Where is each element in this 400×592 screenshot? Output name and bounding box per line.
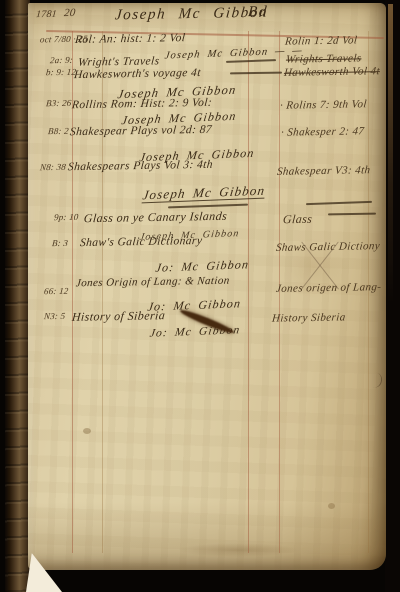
entry-note: · Rolins 7: 9th Vol	[279, 99, 367, 112]
entry-note: History Siberia	[271, 312, 346, 324]
borrower-name: Jo: Mc Gibbon	[155, 258, 250, 274]
entry-note: Shakespear V3: 4th	[276, 165, 370, 178]
header-page-no: 20	[64, 8, 76, 19]
entry-margin: 2a: 9:	[50, 56, 74, 65]
header-borrower: Joseph Mc Gibbon	[114, 6, 268, 24]
entry-margin: N3: 5	[44, 312, 66, 321]
entry-margin: 66: 12	[44, 287, 69, 296]
pen-stroke	[306, 201, 372, 205]
entry-margin: b: 9: 12	[46, 68, 77, 78]
entry-title: Rol: An: hist: 1: 2 Vol	[74, 33, 185, 46]
entry-note: · Shakesper 2: 47	[280, 126, 364, 138]
entry-title: Jones Origin of Lang: & Nation	[75, 276, 230, 290]
borrower-name-overwritten: Joseph Mc Gibbon	[139, 229, 240, 243]
paper-spot	[328, 503, 335, 509]
entry-title: History of Siberia	[71, 309, 165, 323]
entry-note-struck: Hawkesworth Vol 4t	[283, 66, 380, 79]
entry-note: Glass	[282, 213, 312, 226]
header-year: 1781	[36, 10, 58, 20]
entry-margin: B3: 26	[46, 99, 72, 108]
column-rule	[248, 31, 249, 553]
entry-margin: B8: 2	[48, 127, 70, 136]
entry-margin: 9p: 10	[54, 213, 79, 222]
entry-title: Glass on ye Canary Islands	[83, 210, 227, 224]
entry-title: Hawkesworth's voyage 4t	[73, 68, 201, 82]
header-mark: Bd	[247, 5, 268, 20]
ledger-scan: 1781 20 Joseph Mc Gibbon Bd oct 7/80 · 2…	[0, 0, 400, 592]
entry-title: Shakespear Plays vol 2d: 87	[69, 125, 212, 139]
entry-margin: B: 3	[52, 239, 69, 248]
page-edge-highlight	[388, 4, 393, 304]
pen-stroke	[168, 204, 248, 208]
book-binding	[5, 0, 30, 592]
ledger-page: 1781 20 Joseph Mc Gibbon Bd oct 7/80 · 2…	[28, 3, 386, 570]
entry-note: Jones origen of Lang-	[275, 282, 381, 295]
pen-stroke	[230, 72, 282, 75]
entry-margin: N8: 38	[40, 163, 67, 172]
paper-spot	[83, 428, 91, 434]
pen-mark	[370, 372, 383, 389]
entry-note: Shaws Galic Dictiony	[275, 241, 380, 254]
paper-shadow	[178, 543, 298, 557]
pen-stroke	[226, 59, 276, 62]
entry-title: Shakespears Plays Vol 3: 4th	[67, 160, 213, 174]
entry-note-struck: Wrights Travels	[285, 53, 361, 65]
